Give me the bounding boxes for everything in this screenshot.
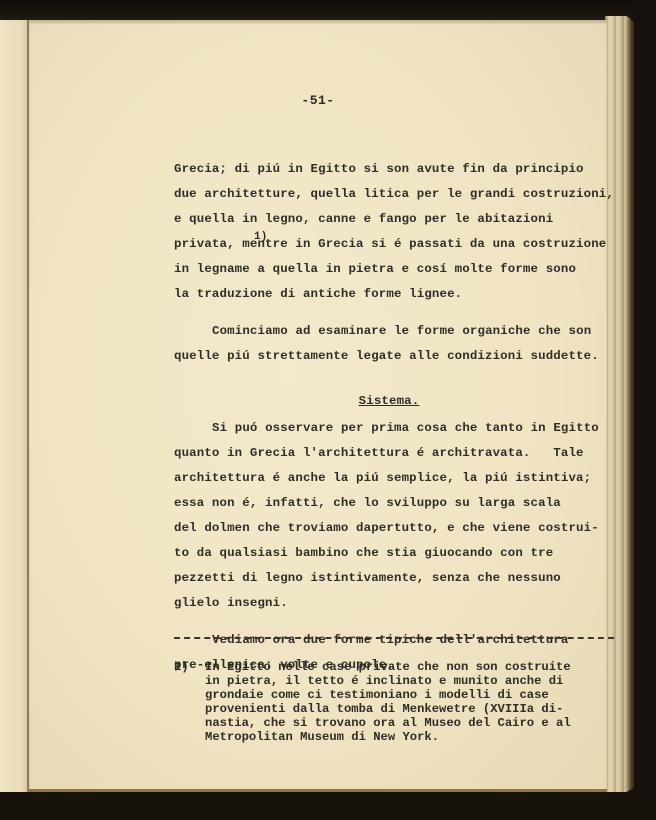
footnote-line: nastia, che si trovano ora al Museo del … — [205, 716, 605, 730]
footnote-separator — [174, 637, 614, 639]
text-line: Cominciamo ad esaminare le forme organic… — [174, 319, 624, 344]
text-line: glielo insegni. — [174, 591, 624, 616]
footnote-line: In Egitto nelle case private che non son… — [205, 660, 605, 674]
text-line: essa non é, infatti, che lo sviluppo su … — [174, 491, 624, 516]
scan-background-top — [0, 0, 656, 20]
page-number: -51- — [29, 93, 607, 108]
text-line: due architetture, quella litica per le g… — [174, 182, 624, 207]
text-line: la traduzione di antiche forme lignee. — [174, 282, 624, 307]
scan-background-right — [632, 0, 656, 820]
footnote-line: grondaie come ci testimoniano i modelli … — [205, 688, 605, 702]
paragraph-organic-forms: Cominciamo ad esaminare le forme organic… — [174, 319, 624, 369]
footnote-line: Metropolitan Museum di New York. — [205, 730, 605, 744]
footnote-line: provenienti dalla tomba di Menkewetre (X… — [205, 702, 605, 716]
body-text: Grecia; di piú in Egitto si son avute fi… — [174, 157, 624, 678]
scan-background-bottom — [0, 792, 656, 820]
text-line: e quella in legno, canne e fango per le … — [174, 207, 624, 232]
text-line: Si puó osservare per prima cosa che tant… — [174, 416, 624, 441]
paragraph-intro: Grecia; di piú in Egitto si son avute fi… — [174, 157, 624, 307]
text-line: pezzetti di legno istintivamente, senza … — [174, 566, 624, 591]
footnote-body: In Egitto nelle case private che non son… — [205, 660, 605, 744]
text-line: in legname a quella in pietra e cosí mol… — [174, 257, 624, 282]
paragraph-sistema: Si puó osservare per prima cosa che tant… — [174, 416, 624, 616]
text-line: Grecia; di piú in Egitto si son avute fi… — [174, 157, 624, 182]
text-line: privata, mentre in Grecia si é passati d… — [174, 232, 624, 257]
typewritten-page: -51- Grecia; di piú in Egitto si son avu… — [29, 20, 607, 792]
left-facing-page — [0, 20, 27, 792]
footnote-line: in pietra, il tetto é inclinato e munito… — [205, 674, 605, 688]
footnote-reference: 1) — [254, 225, 268, 250]
section-heading: Sistema. — [174, 389, 624, 414]
text-line: quelle piú strettamente legate alle cond… — [174, 344, 624, 369]
text-line: to da qualsiasi bambino che stia giuocan… — [174, 541, 624, 566]
text-line: quanto in Grecia l'architettura é archit… — [174, 441, 624, 466]
text-line: architettura é anche la piú semplice, la… — [174, 466, 624, 491]
text-line: Vediamo ora due forme tipiche dell'archi… — [174, 628, 624, 653]
footnote-marker: 1) — [174, 660, 189, 674]
text-line: del dolmen che troviamo dapertutto, e ch… — [174, 516, 624, 541]
